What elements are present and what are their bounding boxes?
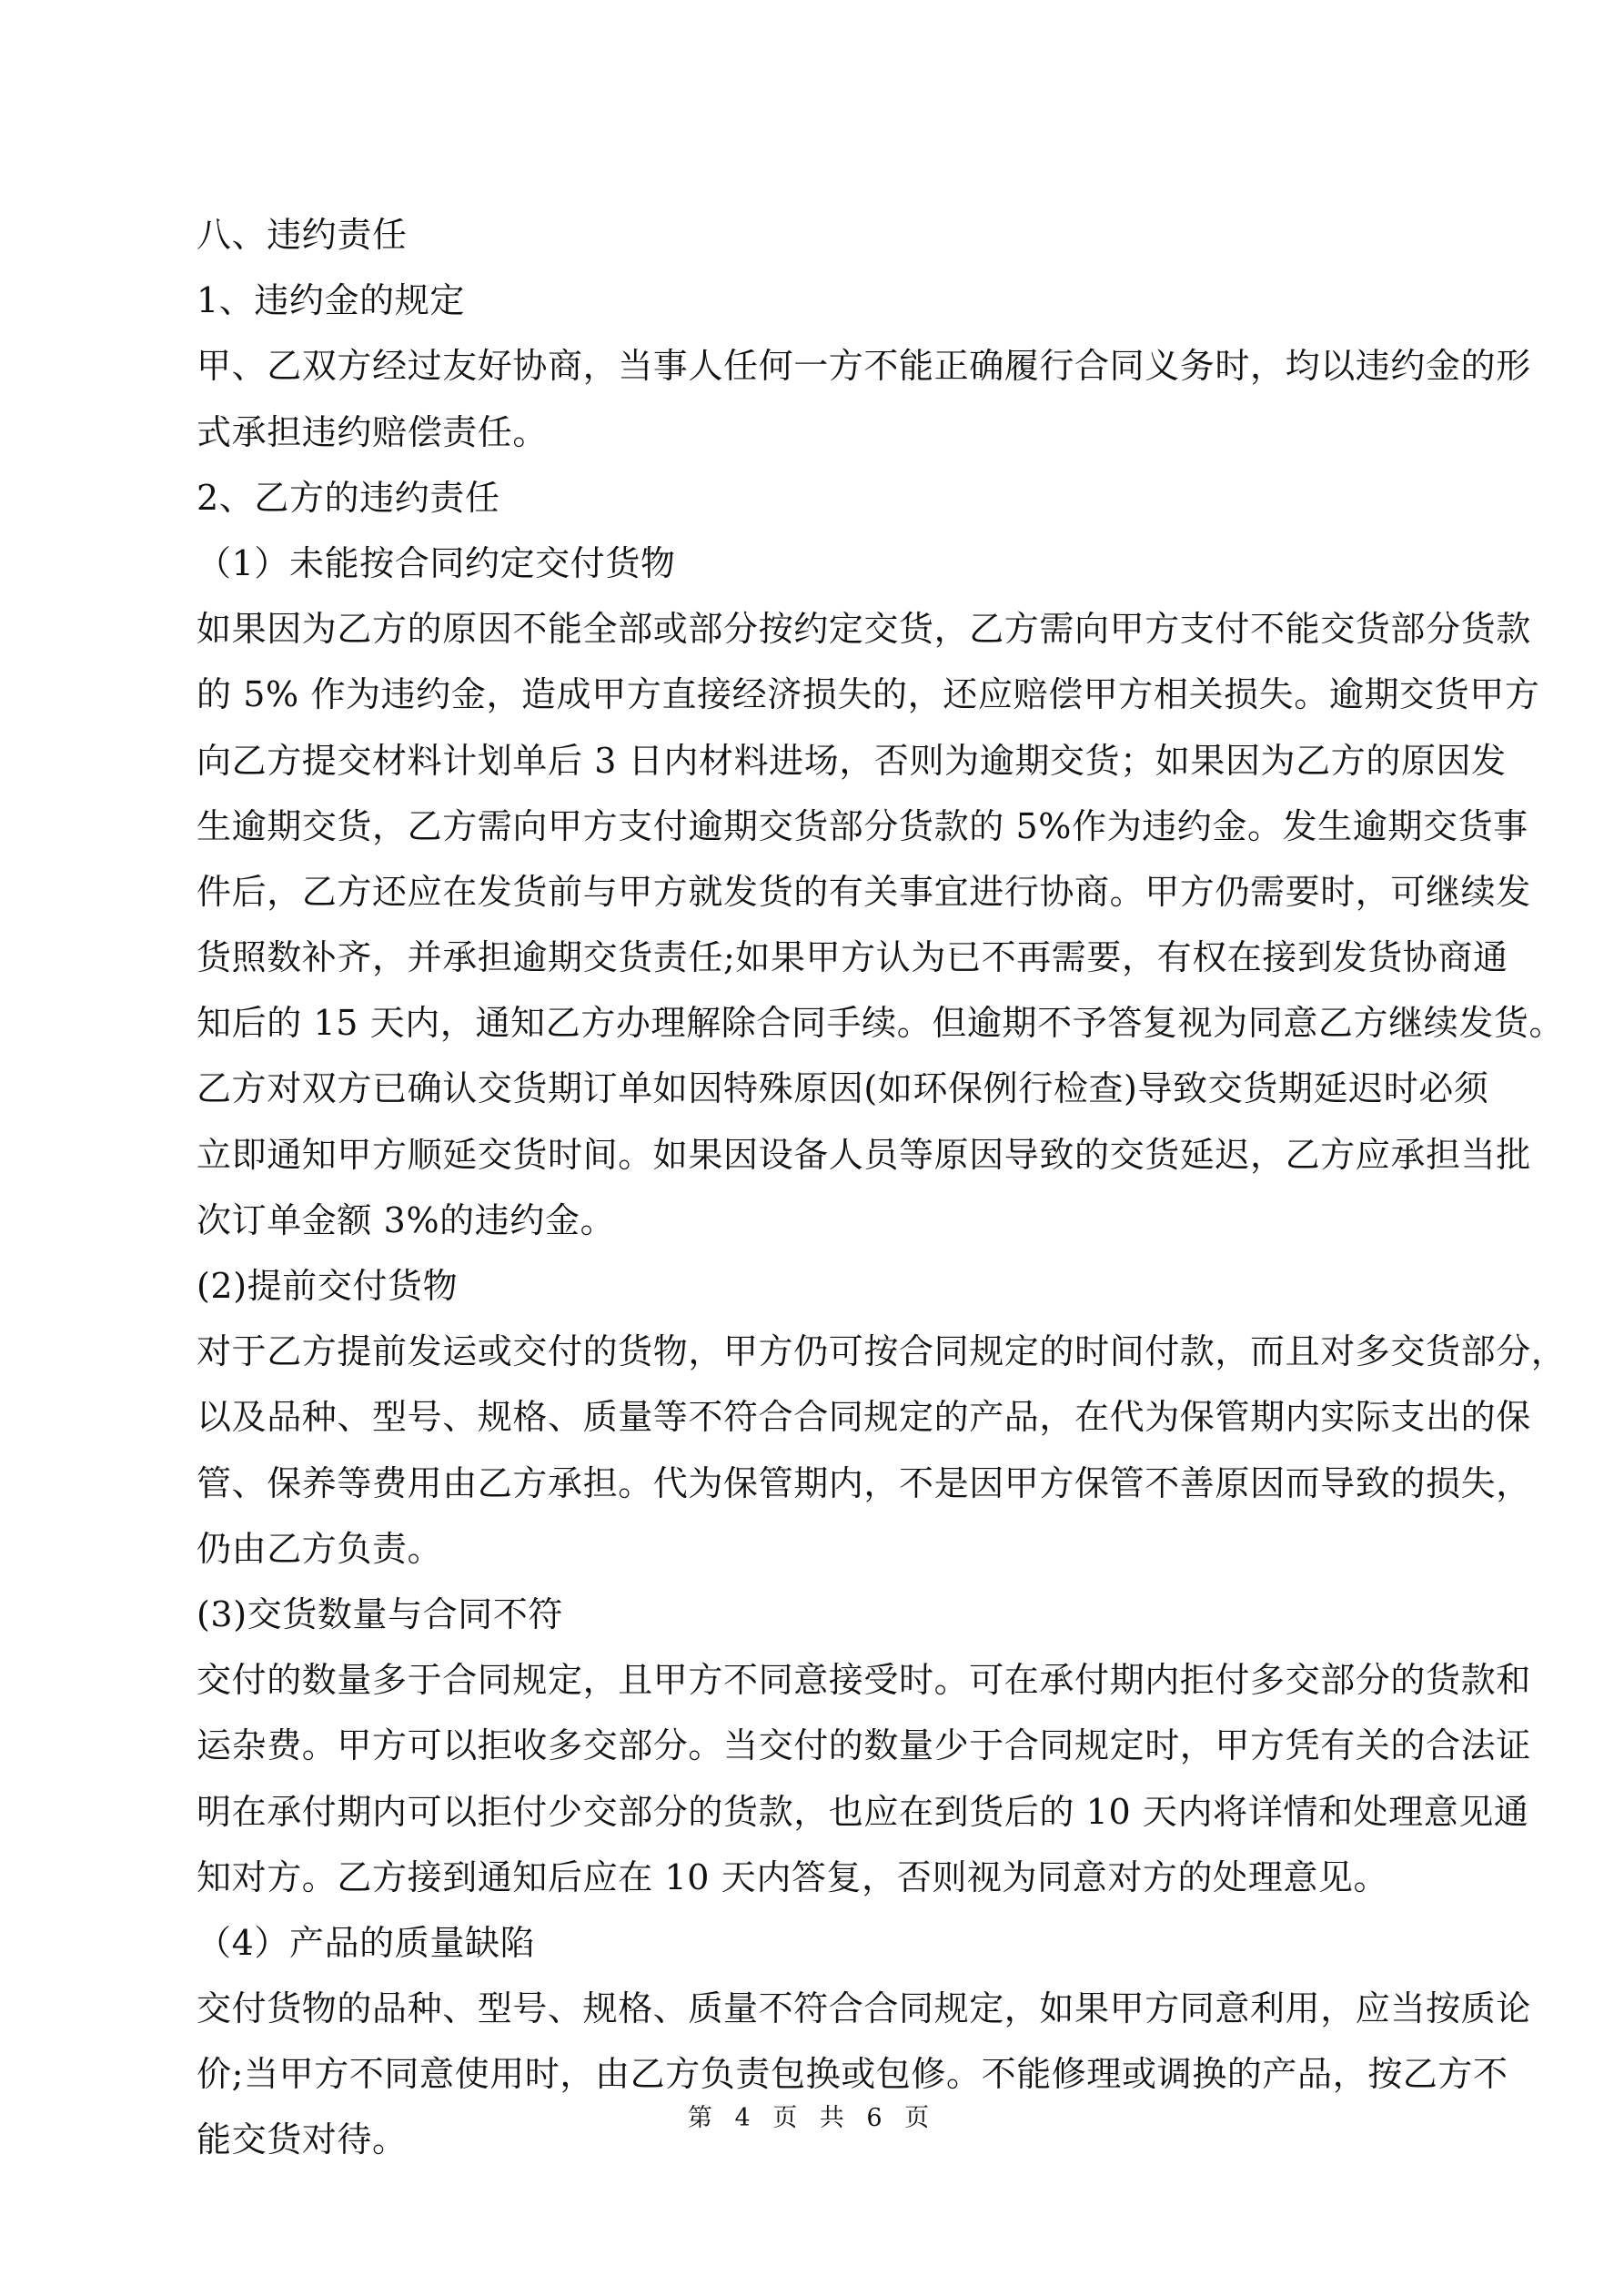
paragraph-line: 乙方对双方已确认交货期订单如因特殊原因(如环保例行检查)导致交货期延迟时必须 [197, 1056, 1478, 1121]
document-page: 八、违约责任 1、违约金的规定 甲、乙双方经过友好协商，当事人任何一方不能正确履… [0, 0, 1624, 2296]
paragraph-line: 交付货物的品种、型号、规格、质量不符合合同规定，如果甲方同意利用，应当按质论 [197, 1976, 1478, 2041]
paragraph-line: 式承担违约赔偿责任。 [197, 400, 1478, 465]
paragraph-line: 明在承付期内可以拒付少交部分的货款，也应在到货后的 10 天内将详情和处理意见通 [197, 1779, 1478, 1845]
paragraph-line: 立即通知甲方顺延交货时间。如果因设备人员等原因导致的交货延迟，乙方应承担当批 [197, 1122, 1478, 1188]
paragraph-line: 生逾期交货，乙方需向甲方支付逾期交货部分货款的 5%作为违约金。发生逾期交货事 [197, 794, 1478, 859]
paragraph-line: 运杂费。甲方可以拒收多交部分。当交付的数量少于合同规定时，甲方凭有关的合法证 [197, 1713, 1478, 1778]
paragraph-line: 甲、乙双方经过友好协商，当事人任何一方不能正确履行合同义务时，均以违约金的形 [197, 333, 1478, 399]
paragraph-line: 件后，乙方还应在发货前与甲方就发货的有关事宜进行协商。甲方仍需要时，可继续发 [197, 859, 1478, 925]
paragraph-line: 如果因为乙方的原因不能全部或部分按约定交货，乙方需向甲方支付不能交货部分货款 [197, 596, 1478, 662]
paragraph-line: 知对方。乙方接到通知后应在 10 天内答复，否则视为同意对方的处理意见。 [197, 1845, 1478, 1910]
clause-heading: （1）未能按合同约定交付货物 [197, 531, 1478, 596]
paragraph-line: 交付的数量多于合同规定，且甲方不同意接受时。可在承付期内拒付多交部分的货款和 [197, 1647, 1478, 1713]
paragraph-line: 向乙方提交材料计划单后 3 日内材料进场，否则为逾期交货；如果因为乙方的原因发 [197, 728, 1478, 794]
paragraph-line: 以及品种、型号、规格、质量等不符合合同规定的产品，在代为保管期内实际支出的保 [197, 1384, 1478, 1450]
paragraph-line: 货照数补齐，并承担逾期交货责任;如果甲方认为已不再需要，有权在接到发货协商通 [197, 925, 1478, 990]
paragraph-line: 次订单金额 3%的违约金。 [197, 1188, 1478, 1253]
paragraph-line: 仍由乙方负责。 [197, 1516, 1478, 1582]
section-heading: 八、违约责任 [197, 202, 1478, 268]
subsection-heading: 1、违约金的规定 [197, 268, 1478, 333]
paragraph-line: 对于乙方提前发运或交付的货物，甲方仍可按合同规定的时间付款，而且对多交货部分， [197, 1319, 1478, 1384]
paragraph-line: 的 5% 作为违约金，造成甲方直接经济损失的，还应赔偿甲方相关损失。逾期交货甲方 [197, 662, 1478, 727]
clause-heading: (3)交货数量与合同不符 [197, 1582, 1478, 1647]
paragraph-line: 知后的 15 天内，通知乙方办理解除合同手续。但逾期不予答复视为同意乙方继续发货… [197, 990, 1478, 1056]
clause-heading: （4）产品的质量缺陷 [197, 1910, 1478, 1976]
clause-heading: (2)提前交付货物 [197, 1253, 1478, 1319]
document-body: 八、违约责任 1、违约金的规定 甲、乙双方经过友好协商，当事人任何一方不能正确履… [197, 202, 1478, 2173]
subsection-heading: 2、乙方的违约责任 [197, 465, 1478, 531]
page-number-footer: 第 4 页 共 6 页 [0, 2098, 1624, 2133]
paragraph-line: 管、保养等费用由乙方承担。代为保管期内，不是因甲方保管不善原因而导致的损失， [197, 1451, 1478, 1516]
